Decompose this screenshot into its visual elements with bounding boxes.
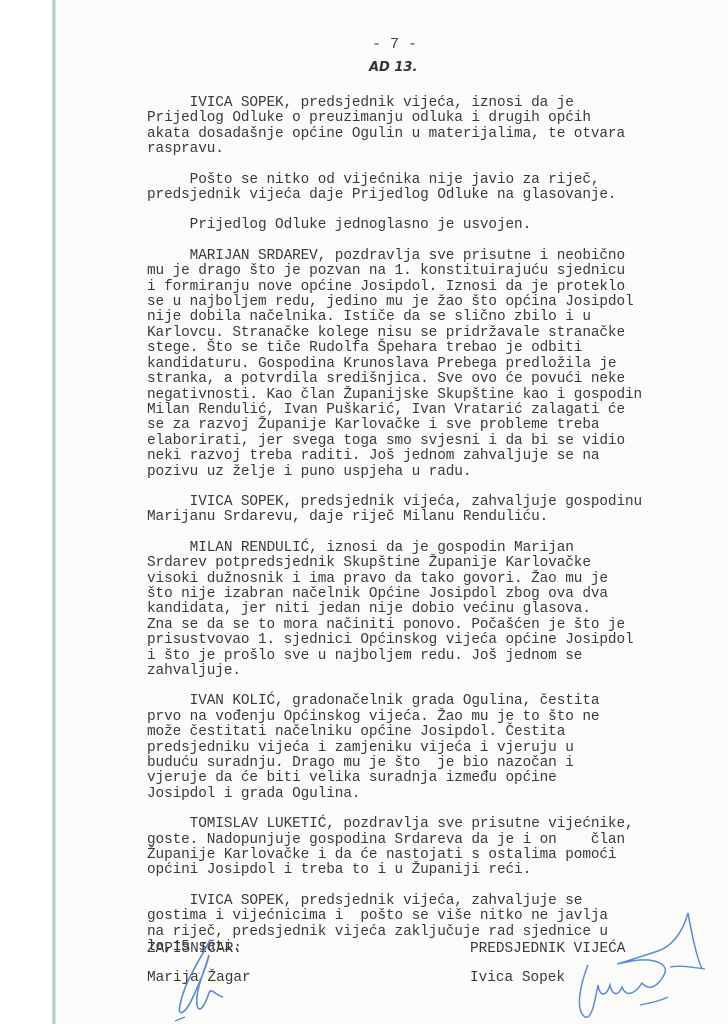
text-line: Prijedlog Odluke jednoglasno je usvojen. (147, 218, 717, 233)
text-line: MILAN RENDULIĆ, iznosi da je gospodin Ma… (147, 541, 717, 556)
text-line: Prijedlog Odluke o preuzimanju odluka i … (147, 111, 717, 126)
text-line: predsjednik vijeća daje Prijedlog Odluke… (147, 188, 717, 203)
document-body: IVICA SOPEK, predsjednik vijeća, iznosi … (147, 96, 717, 971)
paragraph: MARIJAN SRDAREV, pozdravlja sve prisutne… (147, 249, 717, 480)
text-line: predsjedniku vijeća i zamjeniku vijeća i… (147, 741, 717, 756)
text-line: MARIJAN SRDAREV, pozdravlja sve prisutne… (147, 249, 717, 264)
text-line: Zna se da se to mora načiniti ponovo. Po… (147, 618, 717, 633)
text-line: općini Josipdol i treba to i u Županiji … (147, 863, 717, 878)
text-line: akata dosadašnje općine Ogulin u materij… (147, 127, 717, 142)
text-line: TOMISLAV LUKETIĆ, pozdravlja sve prisutn… (147, 817, 717, 832)
text-line: Srdarev potpredsjednik Skupštine Županij… (147, 556, 717, 571)
president-signature-block: PREDSJEDNIK VIJEĆA Ivica Sopek (470, 942, 625, 987)
text-line: zahvaljuje. (147, 664, 717, 679)
recorder-role: ZAPISNIČAR: (147, 942, 251, 957)
paragraph: MILAN RENDULIĆ, iznosi da je gospodin Ma… (147, 541, 717, 680)
text-line: buduću suradnju. Drago mu je što je bio … (147, 756, 717, 771)
page-edge (52, 0, 56, 1024)
text-line: IVICA SOPEK, predsjednik vijeća, zahvalj… (147, 495, 717, 510)
paragraph: IVAN KOLIĆ, gradonačelnik grada Ogulina,… (147, 694, 717, 802)
text-line: elaborirati, jer svega toga smo svjesni … (147, 434, 717, 449)
text-line: i formiranju nove općine Josipdol. Iznos… (147, 280, 717, 295)
text-line: što nije izabran načelnik Općine Josipdo… (147, 587, 717, 602)
text-line: negativnosti. Kao član Županijske Skupšt… (147, 388, 717, 403)
paragraph: Prijedlog Odluke jednoglasno je usvojen. (147, 218, 717, 233)
text-line: stege. Što se tiče Rudolfa Špehara treba… (147, 341, 717, 356)
text-line: raspravu. (147, 142, 717, 157)
recorder-name: Marija Žagar (147, 971, 251, 986)
text-line: može čestitati načelniku općine Josipdol… (147, 725, 717, 740)
text-line: neki razvoj treba raditi. Još jednom zah… (147, 449, 717, 464)
text-line: prvo na vođenju Općinskog vijeća. Žao mu… (147, 710, 717, 725)
text-line: IVICA SOPEK, predsjednik vijeća, zahvalj… (147, 894, 717, 909)
scan-margin (0, 0, 52, 1024)
handwritten-agenda-note: AD 13. (369, 60, 417, 75)
text-line: goste. Nadopunjuje gospodina Srdareva da… (147, 833, 717, 848)
text-line: prisustvovao 1. sjednici Općinskog vijeć… (147, 633, 717, 648)
text-line: se u najboljem redu, jedino mu je žao št… (147, 295, 717, 310)
text-line: Karlovcu. Stranačke kolege nisu se pridr… (147, 326, 717, 341)
president-name: Ivica Sopek (470, 971, 625, 986)
text-line: stranka, a potvrdila središnjica. Sve ov… (147, 372, 717, 387)
text-line: Milan Rendulić, Ivan Puškarić, Ivan Vrat… (147, 403, 717, 418)
paragraph: IVICA SOPEK, predsjednik vijeća, zahvalj… (147, 495, 717, 526)
text-line: Pošto se nitko od vijećnika nije javio z… (147, 173, 717, 188)
recorder-signature-block: ZAPISNIČAR: Marija Žagar (147, 942, 251, 987)
text-line: nije dobila načelnika. Ističe da se slič… (147, 310, 717, 325)
text-line: na riječ, predsjednik vijeća zaključuje … (147, 925, 717, 940)
paragraph: Pošto se nitko od vijećnika nije javio z… (147, 173, 717, 204)
text-line: kandidaturu. Gospodina Krunoslava Prebeg… (147, 357, 717, 372)
text-line: IVAN KOLIĆ, gradonačelnik grada Ogulina,… (147, 694, 717, 709)
text-line: IVICA SOPEK, predsjednik vijeća, iznosi … (147, 96, 717, 111)
paragraph: IVICA SOPEK, predsjednik vijeća, iznosi … (147, 96, 717, 158)
text-line: mu je drago što je pozvan na 1. konstitu… (147, 264, 717, 279)
text-line: kandidata, jer niti jedan nije dobio već… (147, 602, 717, 617)
paragraph: TOMISLAV LUKETIĆ, pozdravlja sve prisutn… (147, 817, 717, 879)
text-line: pozivu uz želje i puno uspjeha u radu. (147, 465, 717, 480)
president-role: PREDSJEDNIK VIJEĆA (470, 942, 625, 957)
text-line: gostima i vijećnicima i pošto se više ni… (147, 909, 717, 924)
text-line: vjeruje da će biti velika suradnja izmeđ… (147, 771, 717, 786)
page-number: - 7 - (372, 36, 417, 53)
text-line: Josipdol i grada Ogulina. (147, 787, 717, 802)
text-line: Marijanu Srdarevu, daje riječ Milanu Ren… (147, 510, 717, 525)
text-line: i što je prošlo sve u najboljem redu. Jo… (147, 649, 717, 664)
text-line: se za razvoj Županije Karlovačke i sve p… (147, 418, 717, 433)
text-line: visoki dužnosnik i ima pravo da tako gov… (147, 572, 717, 587)
